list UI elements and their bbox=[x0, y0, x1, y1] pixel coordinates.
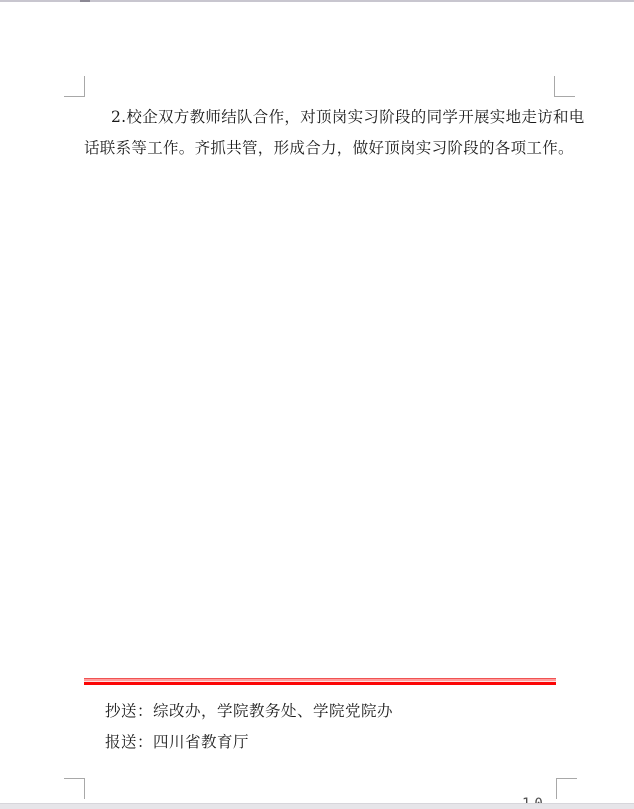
margin-crop-mark-bottom-left bbox=[64, 778, 85, 799]
body-paragraph-line-2: 话联系等工作。齐抓共管，形成合力，做好顶岗实习阶段的各项工作。 bbox=[84, 133, 556, 164]
page-top-gap bbox=[0, 0, 634, 2]
body-paragraph-line-1: 2.校企双方教师结队合作，对顶岗实习阶段的同学开展实地走访和电 bbox=[84, 102, 556, 133]
cc-line: 抄送：综改办，学院教务处、学院党院办 bbox=[105, 696, 393, 727]
margin-crop-mark-top-left bbox=[64, 76, 85, 97]
distribution-block: 抄送：综改办，学院教务处、学院党院办 报送：四川省教育厅 bbox=[105, 696, 393, 758]
body-paragraph: 2.校企双方教师结队合作，对顶岗实习阶段的同学开展实地走访和电 话联系等工作。齐… bbox=[84, 102, 556, 164]
document-page: 2.校企双方教师结队合作，对顶岗实习阶段的同学开展实地走访和电 话联系等工作。齐… bbox=[0, 0, 634, 809]
prev-page-crop-mark-remnant bbox=[80, 0, 90, 2]
submit-line: 报送：四川省教育厅 bbox=[105, 727, 393, 758]
red-separator-rule bbox=[84, 678, 556, 685]
page-bottom-gap bbox=[0, 803, 634, 809]
margin-crop-mark-bottom-right bbox=[556, 778, 577, 799]
margin-crop-mark-top-right bbox=[554, 76, 575, 97]
